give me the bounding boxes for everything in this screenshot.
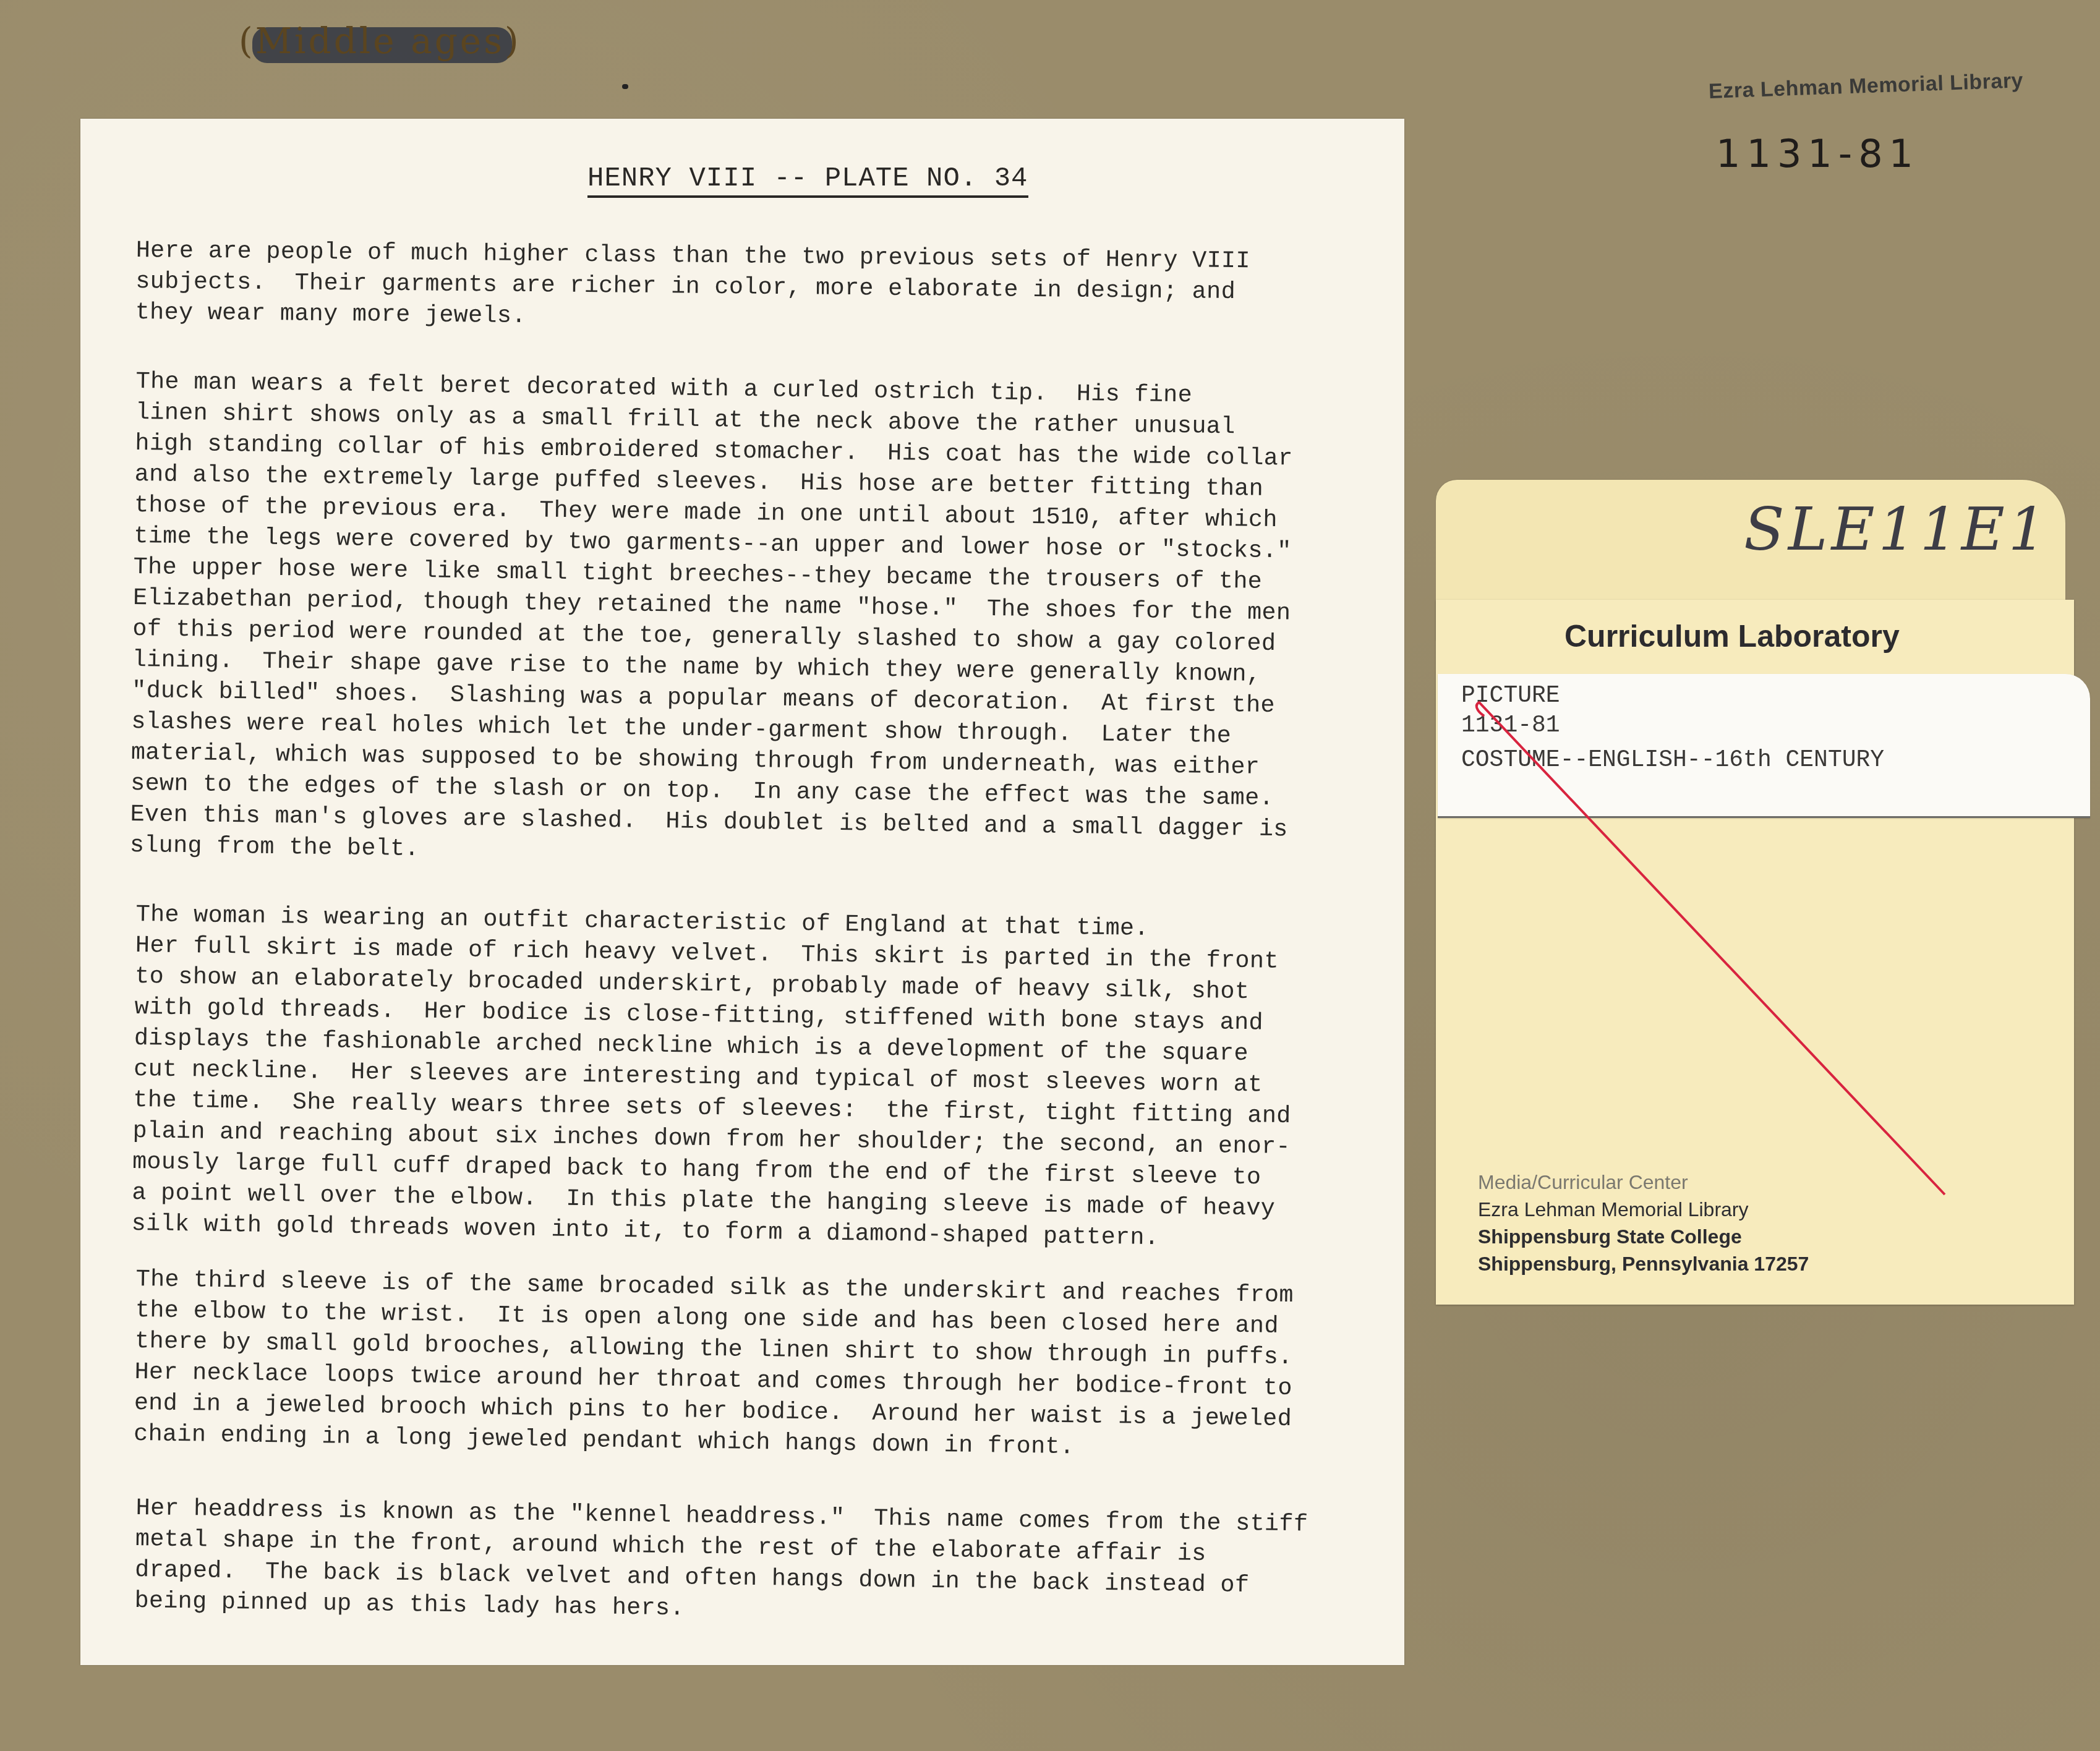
address-stamp: Media/Curricular Center Ezra Lehman Memo… — [1478, 1169, 1809, 1277]
label-type: PICTURE — [1461, 683, 1560, 709]
paragraph-third-sleeve: The third sleeve is of the same brocaded… — [134, 1264, 1360, 1467]
library-stamp: Ezra Lehman Memorial Library — [1708, 69, 2023, 104]
address-line-2: Ezra Lehman Memorial Library — [1478, 1196, 1809, 1223]
curriculum-lab-stamp: Curriculum Laboratory — [1564, 618, 1900, 654]
document-title: HENRY VIII -- PLATE NO. 34 — [587, 163, 1028, 198]
address-line-3: Shippensburg State College — [1478, 1223, 1809, 1250]
accession-number: 1131-81 — [1716, 131, 1919, 176]
handwritten-note-text: (Middle ages) — [234, 20, 521, 62]
label-subject: COSTUME--ENGLISH--16th CENTURY — [1461, 747, 1884, 773]
address-line-4: Shippensburg, Pennsylvania 17257 — [1478, 1250, 1809, 1277]
envelope-handwriting: SLE11E1 — [1744, 495, 2050, 564]
label-number: 1131-81 — [1461, 712, 1560, 739]
paragraph-woman: The woman is wearing an outfit character… — [131, 899, 1360, 1256]
paragraph-intro: Here are people of much higher class tha… — [135, 235, 1360, 339]
address-line-1: Media/Curricular Center — [1478, 1169, 1809, 1196]
handwritten-note: (Middle ages) — [234, 14, 543, 68]
ink-dot — [622, 84, 628, 89]
catalog-label-card[interactable]: PICTURE 1131-81 COSTUME--ENGLISH--16th C… — [1438, 674, 2090, 818]
paragraph-headdress: Her headdress is known as the "kennel he… — [134, 1493, 1360, 1634]
typed-sheet: HENRY VIII -- PLATE NO. 34 Here are peop… — [80, 119, 1404, 1665]
paragraph-man: The man wears a felt beret decorated wit… — [130, 366, 1360, 877]
